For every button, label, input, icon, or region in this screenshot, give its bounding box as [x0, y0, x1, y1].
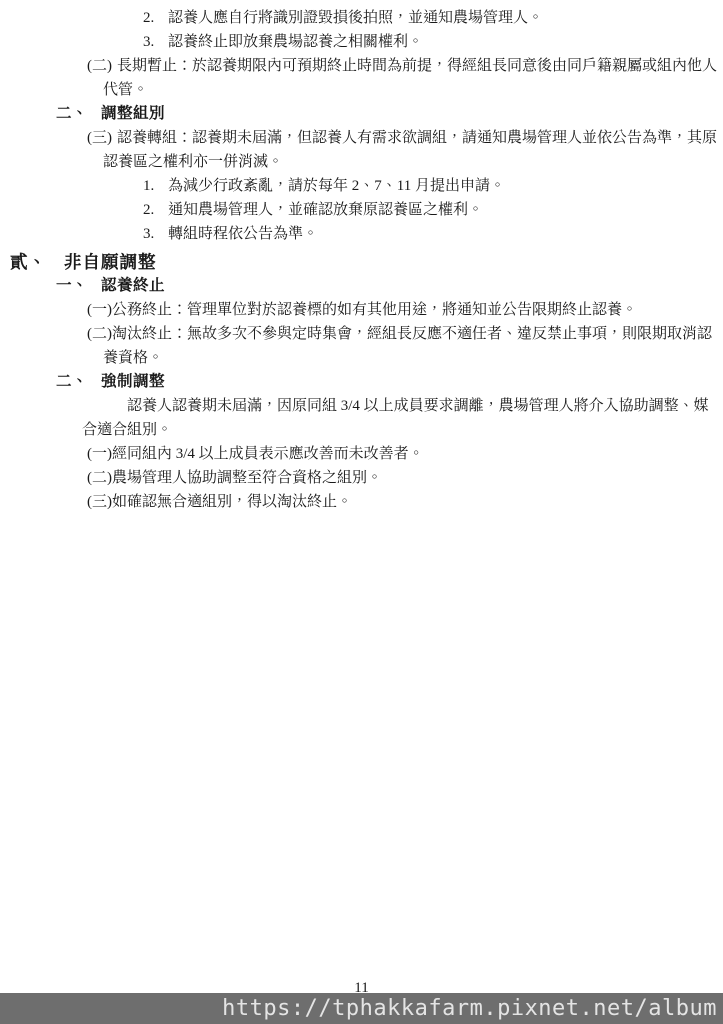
watermark-url: https://tphakkafarm.pixnet.net/album — [222, 996, 717, 1021]
list-marker: (二) — [87, 58, 112, 74]
list-marker: (一) — [87, 446, 112, 462]
list-marker: 1. — [143, 174, 168, 198]
paragraph: 認養人認養期未屆滿，因原同組 3/4 以上成員要求調離，農場管理人將介入協助調整… — [82, 394, 720, 442]
section-heading-level1: 貳、非自願調整 — [10, 250, 720, 274]
body-text: 認養轉組：認養期未屆滿，但認養人有需求欲調組，請通知農場管理人並依公告為準，其原… — [103, 130, 717, 170]
body-text: 淘汰終止：無故多次不參與定時集會，經組長反應不適任者、違反禁止事項，則限期取消認… — [103, 326, 712, 366]
list-marker: 3. — [143, 30, 168, 54]
body-text: 農場管理人協助調整至符合資格之組別。 — [112, 470, 382, 486]
section-heading-level2: 一、認養終止 — [56, 274, 720, 298]
list-item: (一)公務終止：管理單位對於認養標的如有其他用途，將通知並公告限期終止認養。 — [0, 298, 720, 322]
body-text: 經同組內 3/4 以上成員表示應改善而未改善者。 — [112, 446, 424, 462]
body-text: 認養終止即放棄農場認養之相關權利。 — [168, 34, 423, 50]
heading-marker: 貳、 — [10, 252, 47, 272]
section-heading-level2: 二、調整組別 — [56, 102, 720, 126]
body-text: 認養人應自行將識別證毀損後拍照，並通知農場管理人。 — [168, 10, 543, 26]
body-text: 公務終止：管理單位對於認養標的如有其他用途，將通知並公告限期終止認養。 — [112, 302, 637, 318]
list-marker: (二) — [87, 326, 112, 342]
body-text: 認養人認養期未屆滿，因原同組 3/4 以上成員要求調離，農場管理人將介入協助調整… — [82, 398, 709, 438]
list-item: (一)經同組內 3/4 以上成員表示應改善而未改善者。 — [0, 442, 720, 466]
list-item: (三)認養轉組：認養期未屆滿，但認養人有需求欲調組，請通知農場管理人並依公告為準… — [0, 126, 720, 174]
body-text: 轉組時程依公告為準。 — [168, 226, 318, 242]
numbered-subitem: 3.轉組時程依公告為準。 — [0, 222, 720, 246]
heading-text: 調整組別 — [101, 105, 165, 122]
list-marker: 3. — [143, 222, 168, 246]
heading-marker: 二、 — [56, 105, 88, 122]
list-item: (二)淘汰終止：無故多次不參與定時集會，經組長反應不適任者、違反禁止事項，則限期… — [0, 322, 720, 370]
watermark-bar: https://tphakkafarm.pixnet.net/album — [0, 993, 723, 1024]
body-text: 如確認無合適組別，得以淘汰終止。 — [112, 494, 352, 510]
document-page: 2.認養人應自行將識別證毀損後拍照，並通知農場管理人。3.認養終止即放棄農場認養… — [0, 0, 723, 1024]
list-marker: 2. — [143, 198, 168, 222]
heading-marker: 一、 — [56, 277, 88, 294]
list-marker: (一) — [87, 302, 112, 318]
document-body: 2.認養人應自行將識別證毀損後拍照，並通知農場管理人。3.認養終止即放棄農場認養… — [0, 6, 720, 514]
heading-text: 認養終止 — [101, 277, 165, 294]
numbered-subitem: 2.通知農場管理人，並確認放棄原認養區之權利。 — [0, 198, 720, 222]
list-marker: (二) — [87, 470, 112, 486]
list-marker: (三) — [87, 130, 112, 146]
list-marker: (三) — [87, 494, 112, 510]
numbered-subitem: 2.認養人應自行將識別證毀損後拍照，並通知農場管理人。 — [0, 6, 720, 30]
list-item: (二)農場管理人協助調整至符合資格之組別。 — [0, 466, 720, 490]
body-text: 通知農場管理人，並確認放棄原認養區之權利。 — [168, 202, 483, 218]
list-item: (三)如確認無合適組別，得以淘汰終止。 — [0, 490, 720, 514]
list-marker: 2. — [143, 6, 168, 30]
numbered-subitem: 1.為減少行政紊亂，請於每年 2、7、11 月提出申請。 — [0, 174, 720, 198]
numbered-subitem: 3.認養終止即放棄農場認養之相關權利。 — [0, 30, 720, 54]
body-text: 為減少行政紊亂，請於每年 2、7、11 月提出申請。 — [168, 178, 505, 194]
body-text: 長期暫止：於認養期限內可預期終止時間為前提，得經組長同意後由同戶籍親屬或組內他人… — [103, 58, 717, 98]
list-item: (二)長期暫止：於認養期限內可預期終止時間為前提，得經組長同意後由同戶籍親屬或組… — [0, 54, 720, 102]
section-heading-level2: 二、強制調整 — [56, 370, 720, 394]
heading-marker: 二、 — [56, 373, 88, 390]
heading-text: 強制調整 — [101, 373, 165, 390]
heading-text: 非自願調整 — [64, 252, 157, 272]
